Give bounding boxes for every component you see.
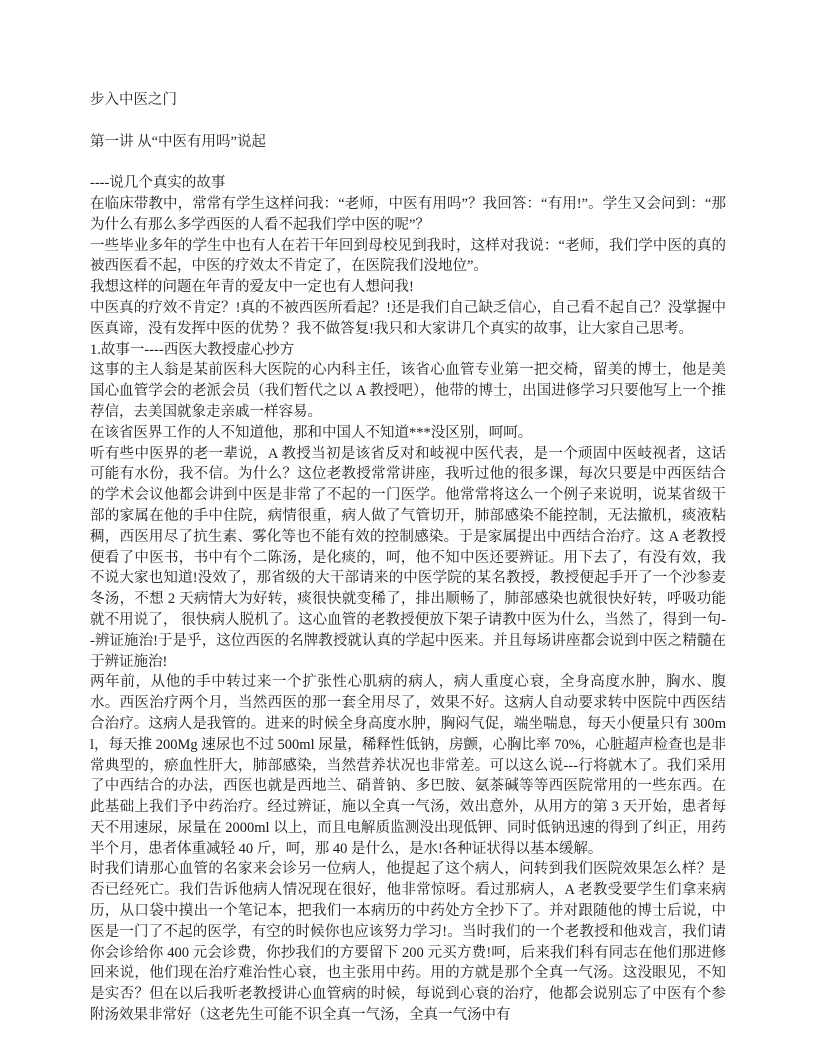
paragraph: 在该省医界工作的人不知道他，那和中国人不知道***没区别，呵呵。	[90, 423, 726, 444]
blank-line	[90, 111, 726, 132]
paragraph: 一些毕业多年的学生中也有人在若干年回到母校见到我时，这样对我说：“老师，我们学中…	[90, 236, 726, 278]
paragraph: 这事的主人翁是某前医科大医院的心内科主任，该省心血管专业第一把交椅，留美的博士，…	[90, 360, 726, 422]
paragraph: 听有些中医界的老一辈说，A 教授当初是该省反对和岐视中医代表，是一个顽固中医岐视…	[90, 444, 726, 673]
paragraph: 时我们请那心血管的名家来会诊另一位病人，他提起了这个病人，问转到我们医院效果怎么…	[90, 859, 726, 1025]
paragraph: 两年前，从他的手中转过来一个扩张性心肌病的病人，病人重度心衰，全身高度水肿，胸水…	[90, 672, 726, 859]
document-title: 步入中医之门	[90, 90, 726, 111]
chapter-heading: 第一讲 从“中医有用吗”说起	[90, 132, 726, 153]
paragraph: 在临床带教中，常常有学生这样问我：“老师，中医有用吗”？我回答：“有用!”。学生…	[90, 194, 726, 236]
story-heading: 1.故事一----西医大教授虚心抄方	[90, 340, 726, 361]
paragraph: 我想这样的问题在年青的爱友中一定也有人想问我!	[90, 277, 726, 298]
paragraph: 中医真的疗效不肯定？!真的不被西医所看起？!还是我们自己缺乏信心，自己看不起自己…	[90, 298, 726, 340]
document-page: 步入中医之门 第一讲 从“中医有用吗”说起 ----说几个真实的故事 在临床带教…	[0, 0, 816, 1056]
section-subtitle: ----说几个真实的故事	[90, 173, 726, 194]
blank-line	[90, 152, 726, 173]
